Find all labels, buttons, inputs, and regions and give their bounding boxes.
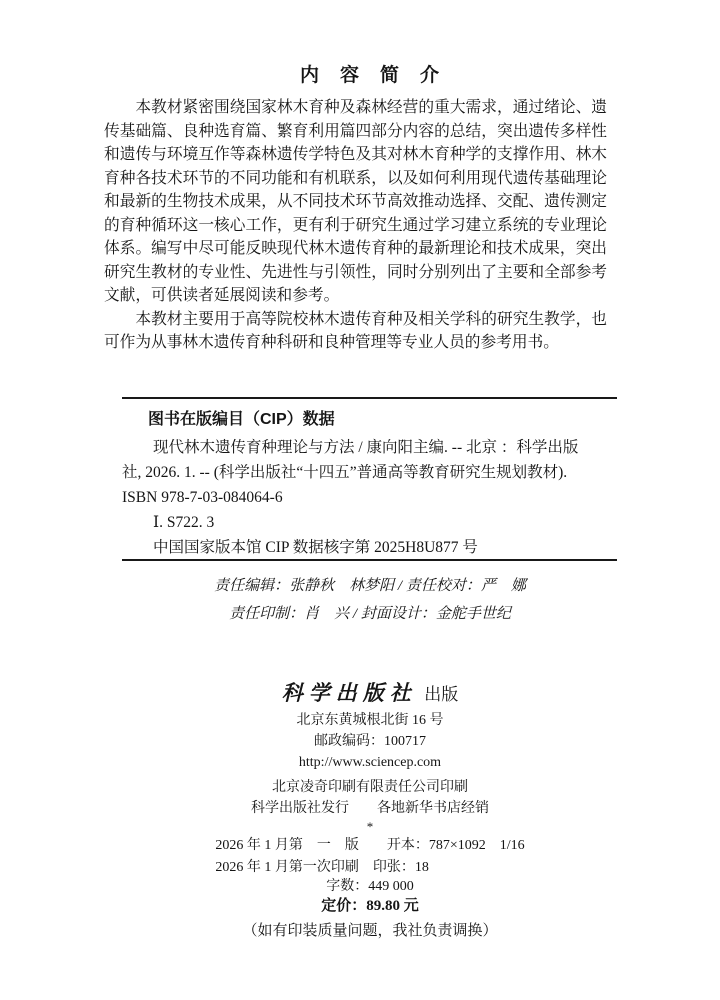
word-count-line: 字数：449 000 (20, 878, 720, 896)
content-summary-body: 本教材紧密围绕国家林木育种及森林经营的重大需求，通过绪论、遗传基础篇、良种选育篇… (104, 96, 607, 355)
printing-cover-design-line: 责任印制：肖 兴 / 封面设计：金舵手世纪 (20, 600, 720, 628)
publisher-line: 科学出版社 出版 (20, 680, 720, 710)
asterisk-separator: * (20, 819, 720, 835)
editor-proofreader-line: 责任编辑：张静秋 林梦阳 / 责任校对：严 娜 (20, 572, 720, 600)
divider-line-bottom (122, 559, 617, 561)
science-press-logotype: 科学出版社 (282, 681, 417, 705)
publisher-address: 北京东黄城根北街 16 号 (20, 710, 720, 731)
divider-line-top (122, 397, 617, 399)
edition-format-line: 2026 年 1 月第 一 版 开本：787×1092 1/16 (215, 835, 524, 857)
isbn-line: ISBN 978-7-03-084064-6 (122, 485, 622, 510)
cip-record-line: 现代林木遗传育种理论与方法 / 康向阳主编. -- 北京 ：科学出版 (122, 435, 622, 460)
postal-code: 邮政编码：100717 (20, 731, 720, 752)
publisher-suffix: 出版 (424, 685, 458, 704)
cip-data-block: 图书在版编目（CIP）数据 现代林木遗传育种理论与方法 / 康向阳主编. -- … (122, 406, 622, 560)
summary-paragraph-2: 本教材主要用于高等院校林木遗传育种及相关学科的研究生教学，也可作为从事林木遗传育… (104, 308, 607, 355)
cip-heading: 图书在版编目（CIP）数据 (122, 406, 622, 433)
staff-credits: 责任编辑：张静秋 林梦阳 / 责任校对：严 娜 责任印制：肖 兴 / 封面设计：… (20, 572, 720, 628)
printing-sheets-line: 2026 年 1 月第一次印刷 印张：18 (215, 857, 524, 879)
printer-name: 北京凌奇印刷有限责任公司印刷 (20, 777, 720, 798)
colophon: 科学出版社 出版 北京东黄城根北街 16 号 邮政编码：100717 http:… (20, 680, 720, 943)
publisher-website: http://www.sciencep.com (20, 752, 720, 773)
summary-paragraph-1: 本教材紧密围绕国家林木育种及森林经营的重大需求，通过绪论、遗传基础篇、良种选育篇… (104, 96, 607, 308)
distribution-line: 科学出版社发行 各地新华书店经销 (20, 798, 720, 819)
price-line: 定价：89.80 元 (20, 896, 720, 917)
quality-notice: （如有印装质量问题，我社负责调换） (20, 919, 720, 943)
cip-registration-line: 中国国家版本馆 CIP 数据核字第 2025H8U877 号 (122, 535, 622, 560)
content-summary-title: 内 容 简 介 (20, 60, 720, 87)
cip-record-line: 社, 2026. 1. -- (科学出版社“十四五”普通高等教育研究生规划教材)… (122, 460, 622, 485)
copyright-page: 内 容 简 介 本教材紧密围绕国家林木育种及森林经营的重大需求，通过绪论、遗传基… (0, 0, 720, 1000)
classification-line: Ⅰ. S722. 3 (122, 510, 622, 535)
edition-printing-block: 2026 年 1 月第 一 版 开本：787×1092 1/16 2026 年 … (215, 835, 524, 878)
